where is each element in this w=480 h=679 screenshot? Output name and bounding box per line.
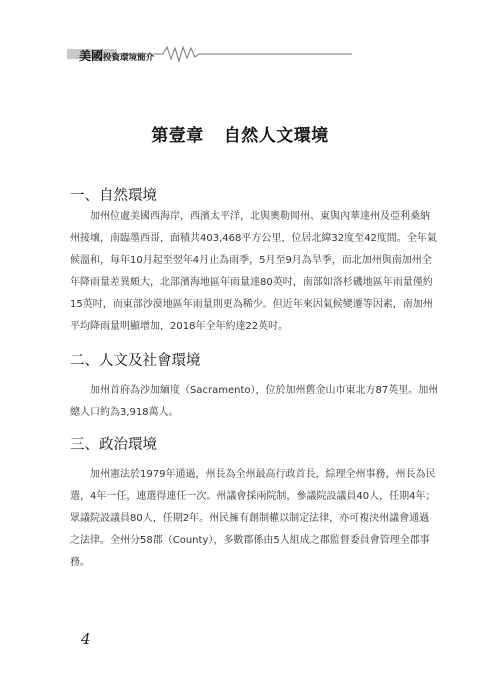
chapter-number: 第壹章 <box>151 126 204 146</box>
heartbeat-line-icon <box>67 44 352 64</box>
text-line: 加州憲法於1979年通過，州長為全州最高行政首長，綜理全州事務，州長為民 <box>70 464 415 486</box>
text-line: 眾議院設議員80人，任期2年。州民擁有創制權以制定法律，亦可複決州議會通過 <box>70 508 415 530</box>
paragraph-social: 加州首府為沙加緬度（Sacramento），位於加州舊金山市東北方87英里。加州… <box>70 380 415 424</box>
paragraph-political: 加州憲法於1979年通過，州長為全州最高行政首長，綜理全州事務，州長為民 選，4… <box>70 464 415 574</box>
section-heading-social: 二、人文及社會環境 <box>70 349 201 370</box>
page-number: 4 <box>81 630 91 648</box>
text-line: 總人口約為3,918萬人。 <box>70 402 415 424</box>
text-line: 15英吋，而東部沙漠地區年雨量則更為稀少。但近年來因氣候變遷等因素，南加州 <box>70 294 415 316</box>
section-heading-political: 三、政治環境 <box>70 433 157 454</box>
text-line: 平均降雨量明顯增加，2018年全年約達22英吋。 <box>70 316 415 338</box>
text-line: 務。 <box>70 552 415 574</box>
chapter-name: 自然人文環境 <box>224 126 329 146</box>
paragraph-natural: 加州位處美國西海岸，西濱太平洋，北與奧勒岡州、東與內華達州及亞利桑納 州接壤，南… <box>70 206 415 338</box>
text-line: 候溫和，每年10月起至翌年4月止為雨季，5月至9月為旱季，而北加州與南加州全 <box>70 250 415 272</box>
text-line: 加州位處美國西海岸，西濱太平洋，北與奧勒岡州、東與內華達州及亞利桑納 <box>70 206 415 228</box>
text-line: 州接壤，南臨墨西哥，面積共403,468平方公里，位居北緯32度至42度間。全年… <box>70 228 415 250</box>
text-line: 加州首府為沙加緬度（Sacramento），位於加州舊金山市東北方87英里。加州 <box>70 380 415 402</box>
chapter-title: 第壹章自然人文環境 <box>0 121 480 146</box>
text-line: 選，4年一任，連選得連任一次。州議會採兩院制，參議院設議員40人，任期4年； <box>70 486 415 508</box>
running-header: 美國投資環境簡介 <box>67 44 352 64</box>
section-heading-natural: 一、自然環境 <box>70 184 157 205</box>
text-line: 年降雨量差異頗大，北部濱海地區年雨量達80英吋，南部如洛杉磯地區年雨量僅約 <box>70 272 415 294</box>
text-line: 之法律。全州分58郡（County），多數郡係由5人組成之郡監督委員會管理全郡事 <box>70 530 415 552</box>
